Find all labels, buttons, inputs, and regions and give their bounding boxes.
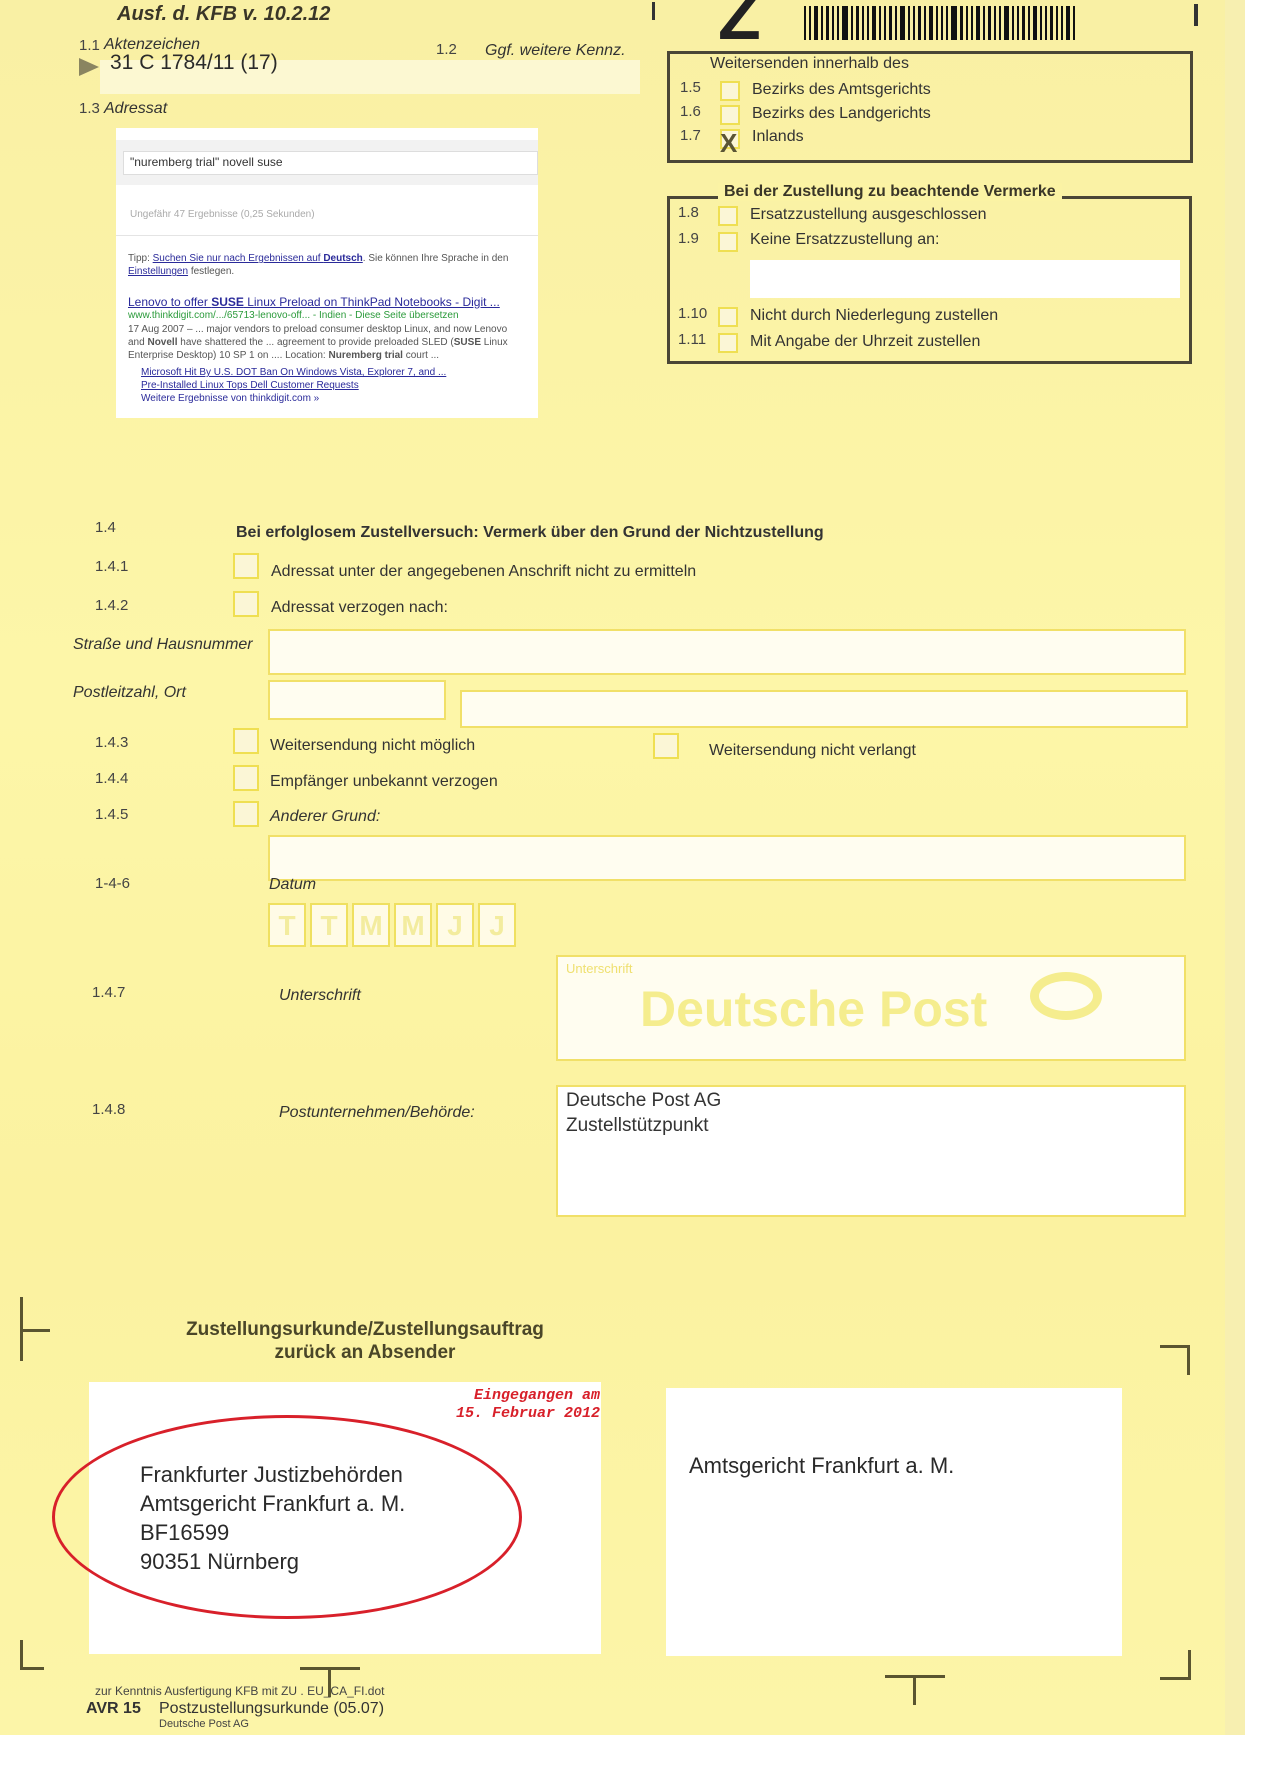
sublink[interactable]: Microsoft Hit By U.S. DOT Ban On Windows…: [141, 367, 446, 378]
check-x-mark: X: [720, 128, 737, 159]
date-label: Datum: [269, 876, 316, 894]
no-substitute-input[interactable]: [750, 260, 1180, 298]
checkbox-no-substitute[interactable]: [718, 206, 738, 226]
postal-code-input[interactable]: [268, 680, 446, 720]
field-number: 1.11: [678, 331, 706, 348]
tick-mark: [652, 2, 655, 20]
field-number: 1.4.4: [95, 770, 128, 787]
field-number: 1-4-6: [95, 875, 130, 892]
field-number: 1.8: [678, 204, 699, 221]
received-stamp: Eingegangen am 15. Februar 2012: [420, 1387, 600, 1423]
sublink[interactable]: Pre-Installed Linux Tops Dell Customer R…: [141, 380, 359, 391]
language-tip: Tipp: Suchen Sie nur nach Ergebnissen au…: [128, 252, 538, 278]
signature-caption: Unterschrift: [566, 961, 632, 976]
version-line: Ausf. d. KFB v. 10.2.12: [117, 3, 330, 26]
field-number: 1.5: [680, 79, 701, 96]
field-number: 1.1: [79, 37, 100, 54]
posthorn-logo-icon: [1030, 972, 1102, 1020]
checkbox-recipient-moved[interactable]: [233, 765, 259, 791]
checkbox-forwarding-not-requested[interactable]: [653, 733, 679, 759]
tip-link[interactable]: Suchen Sie nur nach Ergebnissen auf Deut…: [153, 253, 363, 264]
checkbox-label: Adressat verzogen nach:: [271, 599, 448, 617]
city-input[interactable]: [460, 690, 1188, 728]
field-number: 1.4.1: [95, 558, 128, 575]
result-title-link[interactable]: Lenovo to offer SUSE Linux Preload on Th…: [128, 295, 500, 309]
checkbox-no-deposit[interactable]: [718, 307, 738, 327]
field-label-adressat: Adressat: [104, 100, 167, 118]
field-number: 1.10: [678, 305, 707, 322]
result-snippet: 17 Aug 2007 – ... major vendors to prelo…: [128, 323, 538, 362]
postal-company-value: Deutsche Post AG Zustellstützpunkt: [566, 1088, 721, 1138]
form-name: Postzustellungsurkunde (05.07): [159, 1700, 384, 1718]
field-number: 1.4.2: [95, 597, 128, 614]
sublinks: Microsoft Hit By U.S. DOT Ban On Windows…: [141, 366, 446, 405]
date-digit-box[interactable]: J: [436, 903, 474, 947]
field-number: 1.3: [79, 100, 100, 117]
search-input[interactable]: "nuremberg trial" novell suse: [123, 151, 538, 175]
checkbox-no-substitute-to[interactable]: [718, 232, 738, 252]
form-publisher: Deutsche Post AG: [159, 1718, 249, 1730]
tick-mark: [1194, 4, 1198, 26]
more-results-link[interactable]: Weitere Ergebnisse von thinkdigit.com »: [141, 393, 319, 404]
checkbox-label: Nicht durch Niederlegung zustellen: [750, 307, 998, 325]
checkbox-label: Mit Angabe der Uhrzeit zustellen: [750, 333, 980, 351]
checkbox-label: Ersatzzustellung ausgeschlossen: [750, 206, 987, 224]
checkbox-other-reason[interactable]: [233, 801, 259, 827]
checkbox-label: Weitersendung nicht möglich: [270, 737, 475, 755]
field-number: 1.4.8: [92, 1101, 125, 1118]
field-number: 1.7: [680, 127, 701, 144]
checkbox-label: Weitersendung nicht verlangt: [709, 742, 916, 760]
sender-address: Frankfurter Justizbehörden Amtsgericht F…: [140, 1460, 405, 1576]
checkbox-amtsgericht[interactable]: [720, 81, 740, 101]
field-number: 1.4.5: [95, 806, 128, 823]
date-digit-box[interactable]: M: [394, 903, 432, 947]
checkbox-label: Bezirks des Amtsgerichts: [752, 81, 931, 99]
big-letter: Z: [718, 0, 761, 50]
checkbox-label: Inlands: [752, 128, 804, 146]
checkbox-label: Bezirks des Landgerichts: [752, 105, 931, 123]
checkbox-forwarding-impossible[interactable]: [233, 728, 259, 754]
checkbox-label: Keine Ersatzzustellung an:: [750, 231, 939, 249]
checkbox-with-time[interactable]: [718, 333, 738, 353]
form-code: AVR 15: [86, 1700, 141, 1718]
field-number: 1.9: [678, 230, 699, 247]
street-label: Straße und Hausnummer: [73, 636, 253, 654]
field-number: 1.2: [436, 41, 457, 58]
date-digit-box[interactable]: T: [268, 903, 306, 947]
arrow-icon: [79, 58, 99, 76]
footer-note: zur Kenntnis Ausfertigung KFB mit ZU . E…: [95, 1684, 384, 1698]
signature-label: Unterschrift: [279, 987, 361, 1005]
barcode: [804, 6, 1078, 40]
field-number: 1.6: [680, 103, 701, 120]
section-title: Bei erfolglosem Zustellversuch: Vermerk …: [236, 524, 824, 542]
aktenzeichen-value[interactable]: 31 C 1784/11 (17): [110, 51, 278, 75]
date-input[interactable]: TTMMJJ: [268, 903, 520, 947]
checkbox-landgericht[interactable]: [720, 105, 740, 125]
field-label-further-ids: Ggf. weitere Kennz.: [485, 42, 626, 60]
field-number: 1.4: [95, 519, 116, 536]
postal-label: Postleitzahl, Ort: [73, 684, 186, 702]
field-number: 1.4.3: [95, 734, 128, 751]
checkbox-label: Anderer Grund:: [270, 808, 380, 826]
recipient-address: Amtsgericht Frankfurt a. M.: [689, 1453, 954, 1479]
postal-company-label: Postunternehmen/Behörde:: [279, 1104, 475, 1122]
field-number: 1.4.7: [92, 984, 125, 1001]
forward-box-title: Weitersenden innerhalb des: [710, 55, 909, 73]
checkbox-not-found[interactable]: [233, 553, 259, 579]
date-digit-box[interactable]: T: [310, 903, 348, 947]
date-digit-box[interactable]: M: [352, 903, 390, 947]
paper-edge: [1225, 0, 1245, 1735]
checkbox-label: Empfänger unbekannt verzogen: [270, 773, 498, 791]
street-input[interactable]: [268, 629, 1186, 675]
checkbox-label: Adressat unter der angegebenen Anschrift…: [271, 563, 696, 581]
date-digit-box[interactable]: J: [478, 903, 516, 947]
return-title: Zustellungsurkunde/Zustellungsauftrag zu…: [160, 1318, 570, 1364]
result-stats: Ungefähr 47 Ergebnisse (0,25 Sekunden): [130, 209, 315, 220]
recipient-box: [666, 1388, 1122, 1656]
notes-box-title: Bei der Zustellung zu beachtende Vermerk…: [718, 183, 1062, 201]
other-reason-input[interactable]: [268, 835, 1186, 881]
checkbox-moved-to[interactable]: [233, 591, 259, 617]
deutsche-post-watermark: Deutsche Post: [640, 980, 987, 1038]
settings-link[interactable]: Einstellungen: [128, 266, 188, 277]
result-url: www.thinkdigit.com/.../65713-lenovo-off.…: [128, 310, 459, 321]
